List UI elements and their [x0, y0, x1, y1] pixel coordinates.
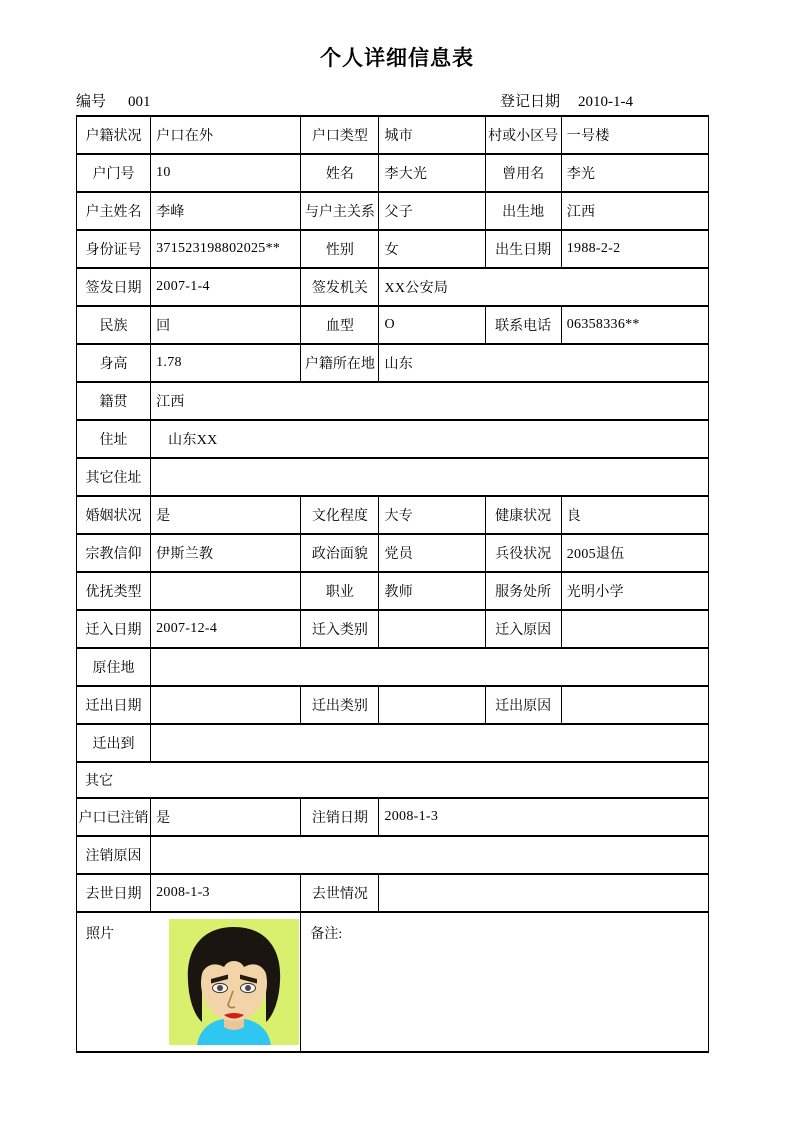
field-label: 迁入原因: [485, 610, 561, 648]
table-row: 身份证号371523198802025**性别女出生日期1988-2-2: [77, 230, 709, 268]
field-value: 李光: [561, 154, 708, 192]
field-value: [151, 686, 301, 724]
field-value: 城市: [379, 116, 485, 154]
field-label: 其它住址: [77, 458, 151, 496]
field-value: 回: [151, 306, 301, 344]
field-value: 2005退伍: [561, 534, 708, 572]
field-value: 10: [151, 154, 301, 192]
field-label: 村或小区号: [485, 116, 561, 154]
field-value: 良: [561, 496, 708, 534]
field-label: 住址: [77, 420, 151, 458]
field-label: 户口已注销: [77, 798, 151, 836]
field-label: 注销日期: [301, 798, 379, 836]
field-value: O: [379, 306, 485, 344]
form-meta: 编号001 登记日期2010-1-4: [76, 90, 707, 112]
field-value: 2008-1-3: [379, 798, 709, 836]
table-row: 其它: [77, 762, 709, 798]
photo-cell: 照片: [77, 912, 301, 1052]
field-label: 迁出日期: [77, 686, 151, 724]
field-label: 身份证号: [77, 230, 151, 268]
table-row: 迁出到: [77, 724, 709, 762]
document-page: 个人详细信息表 编号001 登记日期2010-1-4 户籍状况户口在外户口类型城…: [0, 0, 794, 1143]
field-value: [151, 648, 709, 686]
right-iris: [245, 985, 251, 991]
field-value: 大专: [379, 496, 485, 534]
field-value: 光明小学: [561, 572, 708, 610]
photo-remark-row: 照片: [77, 912, 709, 1052]
field-value: 山东XX: [151, 420, 709, 458]
table-row: 户主姓名李峰与户主关系父子出生地江西: [77, 192, 709, 230]
field-value: [151, 458, 709, 496]
table-row: 籍贯江西: [77, 382, 709, 420]
left-iris: [217, 985, 223, 991]
table-row: 优抚类型职业教师服务处所光明小学: [77, 572, 709, 610]
field-label: 与户主关系: [301, 192, 379, 230]
registration-date: 登记日期2010-1-4: [500, 90, 633, 111]
field-value: 李大光: [379, 154, 485, 192]
field-value: [561, 610, 708, 648]
table-row: 迁入日期2007-12-4迁入类别迁入原因: [77, 610, 709, 648]
field-label: 签发机关: [301, 268, 379, 306]
field-label: 出生地: [485, 192, 561, 230]
field-value: 1.78: [151, 344, 301, 382]
table-row: 婚姻状况是文化程度大专健康状况良: [77, 496, 709, 534]
field-value: 教师: [379, 572, 485, 610]
field-label: 迁入日期: [77, 610, 151, 648]
table-row: 身高1.78户籍所在地山东: [77, 344, 709, 382]
field-label: 迁出到: [77, 724, 151, 762]
field-label: 血型: [301, 306, 379, 344]
field-value: [379, 686, 485, 724]
field-value: 户口在外: [151, 116, 301, 154]
page-title: 个人详细信息表: [0, 42, 794, 72]
table-row: 民族回血型O联系电话06358336**: [77, 306, 709, 344]
field-label: 兵役状况: [485, 534, 561, 572]
registration-date-value: 2010-1-4: [578, 94, 633, 110]
table-row: 签发日期2007-1-4签发机关XX公安局: [77, 268, 709, 306]
field-label: 去世日期: [77, 874, 151, 912]
field-label: 服务处所: [485, 572, 561, 610]
field-value: 党员: [379, 534, 485, 572]
field-label: 政治面貌: [301, 534, 379, 572]
table-row: 宗教信仰伊斯兰教政治面貌党员兵役状况2005退伍: [77, 534, 709, 572]
field-value: 李峰: [151, 192, 301, 230]
field-label: 原住地: [77, 648, 151, 686]
registration-number-label: 编号: [76, 94, 106, 110]
field-label: 宗教信仰: [77, 534, 151, 572]
field-value: [151, 572, 301, 610]
field-label: 出生日期: [485, 230, 561, 268]
table-row: 迁出日期迁出类别迁出原因: [77, 686, 709, 724]
field-label: 民族: [77, 306, 151, 344]
field-label: 其它: [77, 762, 709, 798]
field-value: 江西: [151, 382, 709, 420]
avatar-photo: [169, 919, 299, 1045]
field-value: [151, 836, 709, 874]
field-value: 1988-2-2: [561, 230, 708, 268]
field-label: 联系电话: [485, 306, 561, 344]
field-label: 户口类型: [301, 116, 379, 154]
field-value: [561, 686, 708, 724]
field-label: 曾用名: [485, 154, 561, 192]
registration-number-value: 001: [128, 94, 151, 110]
field-value: 父子: [379, 192, 485, 230]
field-label: 身高: [77, 344, 151, 382]
registration-date-label: 登记日期: [500, 94, 560, 110]
table-row: 户门号10姓名李大光曾用名李光: [77, 154, 709, 192]
field-value: [151, 724, 709, 762]
remark-cell: 备注:: [301, 912, 709, 1052]
field-value: 2007-1-4: [151, 268, 301, 306]
field-value: [379, 610, 485, 648]
table-row: 原住地: [77, 648, 709, 686]
field-label: 职业: [301, 572, 379, 610]
remark-label: 备注:: [310, 927, 342, 942]
field-label: 性别: [301, 230, 379, 268]
field-value: 2008-1-3: [151, 874, 301, 912]
field-value: 06358336**: [561, 306, 708, 344]
field-value: 女: [379, 230, 485, 268]
photo-label: 照片: [86, 923, 114, 943]
field-label: 文化程度: [301, 496, 379, 534]
table-row: 户口已注销是注销日期2008-1-3: [77, 798, 709, 836]
table-row: 住址山东XX: [77, 420, 709, 458]
table-row: 去世日期2008-1-3去世情况: [77, 874, 709, 912]
field-value: 伊斯兰教: [151, 534, 301, 572]
registration-number: 编号001: [76, 90, 151, 111]
field-label: 迁入类别: [301, 610, 379, 648]
field-value: XX公安局: [379, 268, 709, 306]
field-label: 户门号: [77, 154, 151, 192]
field-value: 371523198802025**: [151, 230, 301, 268]
field-label: 迁出类别: [301, 686, 379, 724]
field-value: 江西: [561, 192, 708, 230]
field-value: [379, 874, 709, 912]
field-label: 户籍状况: [77, 116, 151, 154]
field-label: 优抚类型: [77, 572, 151, 610]
field-label: 去世情况: [301, 874, 379, 912]
field-value: 一号楼: [561, 116, 708, 154]
field-label: 签发日期: [77, 268, 151, 306]
field-value: 是: [151, 798, 301, 836]
table-row: 户籍状况户口在外户口类型城市村或小区号一号楼: [77, 116, 709, 154]
table-row: 其它住址: [77, 458, 709, 496]
form-table-wrap: 户籍状况户口在外户口类型城市村或小区号一号楼户门号10姓名李大光曾用名李光户主姓…: [76, 115, 709, 1053]
field-label: 注销原因: [77, 836, 151, 874]
form-table: 户籍状况户口在外户口类型城市村或小区号一号楼户门号10姓名李大光曾用名李光户主姓…: [76, 115, 709, 1053]
field-label: 婚姻状况: [77, 496, 151, 534]
field-label: 籍贯: [77, 382, 151, 420]
table-row: 注销原因: [77, 836, 709, 874]
field-label: 户籍所在地: [301, 344, 379, 382]
field-label: 户主姓名: [77, 192, 151, 230]
field-label: 迁出原因: [485, 686, 561, 724]
field-label: 姓名: [301, 154, 379, 192]
field-value: 山东: [379, 344, 709, 382]
field-value: 是: [151, 496, 301, 534]
field-label: 健康状况: [485, 496, 561, 534]
field-value: 2007-12-4: [151, 610, 301, 648]
